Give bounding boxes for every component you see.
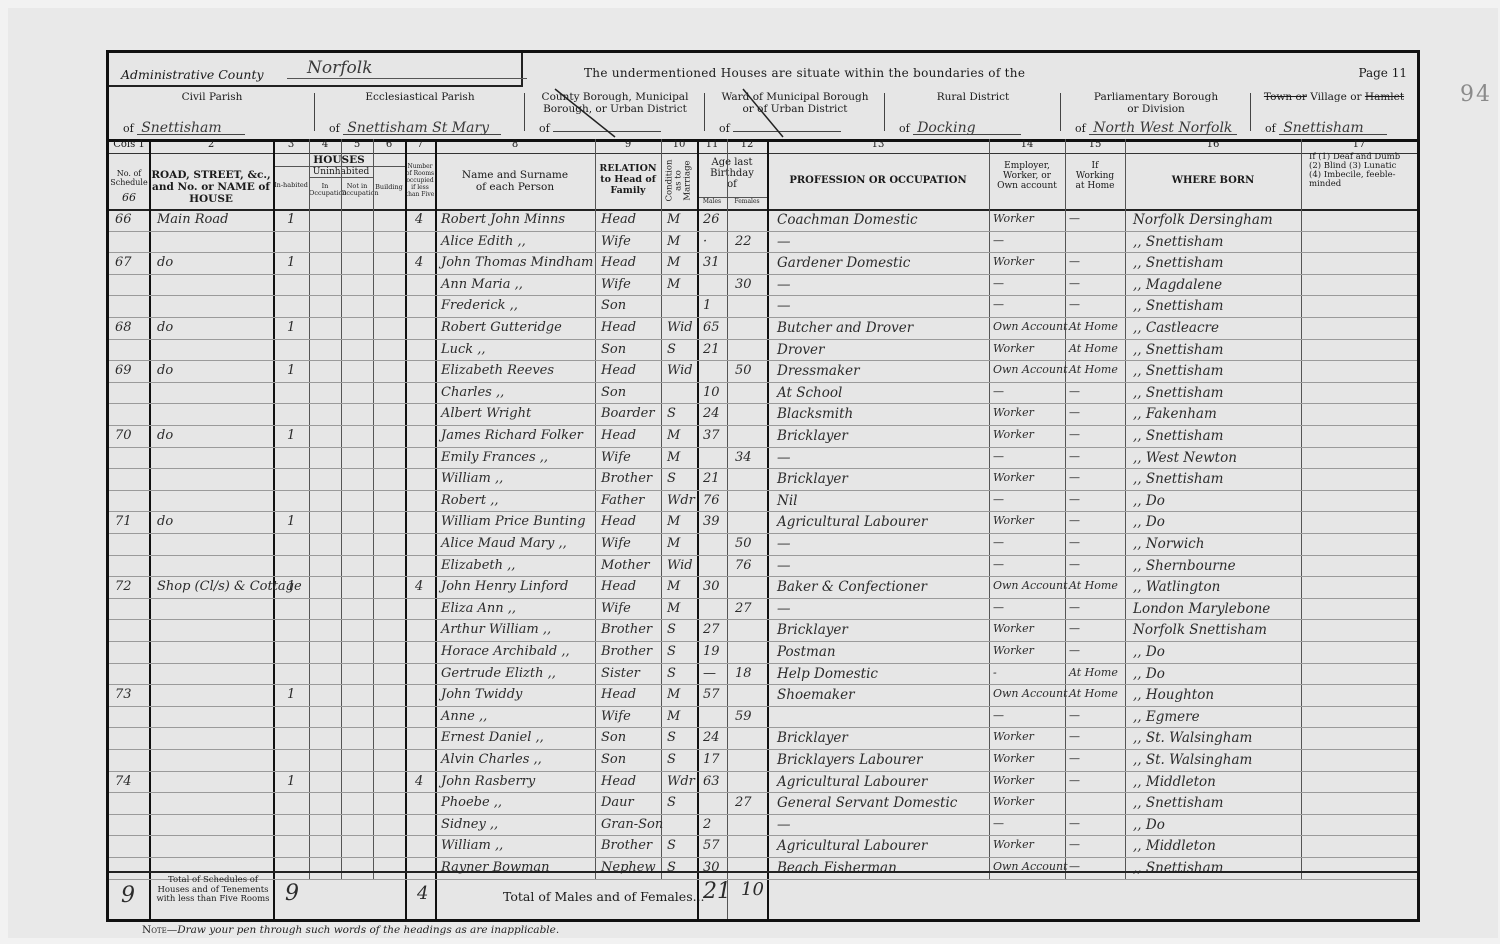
inhabited-count: 1 <box>287 687 295 702</box>
employment-status: Worker <box>993 644 1034 657</box>
table-row: Alvin Charles ,,SonS17Bricklayers Labour… <box>109 749 1417 772</box>
person-name: Robert John Minns <box>441 212 565 227</box>
person-name: James Richard Folker <box>441 428 583 443</box>
header-schedule-carry: 66 <box>109 191 149 204</box>
schedule-number: 71 <box>115 514 132 529</box>
occupation: Bricklayers Labourer <box>777 752 922 768</box>
marital-condition: M <box>667 514 680 529</box>
occupation: Shoemaker <box>777 687 855 703</box>
birthplace: ,, Houghton <box>1133 687 1214 703</box>
boundaries-text: The undermentioned Houses are situate wi… <box>584 66 1025 80</box>
schedule-number: 69 <box>115 363 132 378</box>
relation: Head <box>601 514 636 529</box>
marital-condition: M <box>667 255 680 270</box>
employment-status: Own Account <box>993 320 1068 333</box>
person-name: Frederick ,, <box>441 298 518 313</box>
table-row: Robert ,,FatherWdr76Nil——,, Do <box>109 490 1417 513</box>
table-row: 71do1William Price BuntingHeadM39Agricul… <box>109 511 1417 534</box>
birthplace: Norfolk Snettisham <box>1133 622 1267 638</box>
age-male: 39 <box>703 514 720 529</box>
birthplace: ,, Do <box>1133 514 1165 530</box>
totals-row: 9 Total of Schedules of Houses and of Te… <box>109 871 1417 919</box>
table-row: Gertrude Elizth ,,SisterS—18Help Domesti… <box>109 663 1417 686</box>
marital-condition: S <box>667 838 676 853</box>
birthplace: ,, St. Walsingham <box>1133 730 1252 746</box>
folio-number: 94 <box>1460 82 1492 107</box>
rooms-count: 4 <box>415 212 423 227</box>
employment-status: — <box>993 234 1004 247</box>
table-row: 66Main Road14Robert John MinnsHeadM26Coa… <box>109 209 1417 232</box>
occupation: — <box>777 601 791 617</box>
age-male: 24 <box>703 730 720 745</box>
birthplace: ,, St. Walsingham <box>1133 752 1252 768</box>
header-not-in-occupation: Not in Occupation <box>341 183 373 197</box>
relation: Head <box>601 428 636 443</box>
table-row: 731John TwiddyHeadM57ShoemakerOwn Accoun… <box>109 684 1417 707</box>
birthplace: ,, West Newton <box>1133 450 1237 466</box>
table-row: Luck ,,SonS21DroverWorkerAt Home,, Snett… <box>109 339 1417 362</box>
person-name: Charles ,, <box>441 385 504 400</box>
column-numbers: Cols 1 2 3 4 5 6 7 8 9 10 11 12 13 14 15… <box>109 139 1417 154</box>
person-name: William ,, <box>441 838 503 853</box>
employment-status: — <box>993 536 1004 549</box>
occupation: At School <box>777 385 842 401</box>
person-name: Alice Edith ,, <box>441 234 526 249</box>
working-at-home: — <box>1069 558 1080 571</box>
employment-status: — <box>993 817 1004 830</box>
road-name: Shop (Cl/s) & Cottage <box>157 579 302 594</box>
employment-status: Worker <box>993 752 1034 765</box>
road-name: Main Road <box>157 212 228 227</box>
relation: Boarder <box>601 406 655 421</box>
birthplace: ,, Shernbourne <box>1133 558 1236 574</box>
schedule-number: 70 <box>115 428 132 443</box>
person-name: Sidney ,, <box>441 817 498 832</box>
header-age: Age last Birthday of <box>697 157 767 190</box>
age-male: 27 <box>703 622 720 637</box>
person-name: William ,, <box>441 471 503 486</box>
relation: Brother <box>601 622 652 637</box>
marital-condition: Wid <box>667 363 693 378</box>
road-name: do <box>157 363 173 378</box>
column-headers: No. of Schedule 66 ROAD, STREET, &c., an… <box>109 153 1417 211</box>
age-male: 10 <box>703 385 720 400</box>
age-female: 59 <box>735 709 752 724</box>
occupation: Bricklayer <box>777 471 848 487</box>
table-row: Arthur William ,,BrotherS27BricklayerWor… <box>109 619 1417 642</box>
table-row: Alice Edith ,,WifeM·22——,, Snettisham <box>109 231 1417 254</box>
header-inhabited: In-habited <box>273 181 309 190</box>
relation: Head <box>601 687 636 702</box>
age-male: 76 <box>703 493 720 508</box>
table-row: Emily Frances ,,WifeM34———,, West Newton <box>109 447 1417 470</box>
marital-condition: S <box>667 622 676 637</box>
employment-status: Worker <box>993 471 1034 484</box>
birthplace: ,, Snettisham <box>1133 255 1223 271</box>
relation: Brother <box>601 838 652 853</box>
birthplace: ,, Magdalene <box>1133 277 1222 293</box>
person-name: Anne ,, <box>441 709 487 724</box>
employment-status: Worker <box>993 514 1034 527</box>
district-civil-parish: Civil Parish of Snettisham <box>109 87 315 139</box>
working-at-home: — <box>1069 730 1080 743</box>
employment-status: Worker <box>993 795 1034 808</box>
occupation: Agricultural Labourer <box>777 774 927 790</box>
header-males: Males <box>697 197 727 205</box>
marital-condition: M <box>667 212 680 227</box>
working-at-home: At Home <box>1069 687 1118 700</box>
birthplace: Norfolk Dersingham <box>1133 212 1273 228</box>
occupation: Postman <box>777 644 836 660</box>
road-name: do <box>157 514 173 529</box>
birthplace: ,, Do <box>1133 493 1165 509</box>
employment-status: - <box>993 666 997 679</box>
person-name: John Henry Linford <box>441 579 568 594</box>
working-at-home: — <box>1069 601 1080 614</box>
relation: Wife <box>601 450 631 465</box>
table-row: Charles ,,Son10At School——,, Snettisham <box>109 382 1417 405</box>
birthplace: ,, Middleton <box>1133 838 1216 854</box>
employment-status: Worker <box>993 838 1034 851</box>
schedule-number: 68 <box>115 320 132 335</box>
district-ward: Ward of Municipal Borough or of Urban Di… <box>705 87 885 139</box>
header-relation: RELATION to Head of Family <box>595 163 661 196</box>
occupation: — <box>777 298 791 314</box>
age-male: — <box>703 666 716 681</box>
occupation: Drover <box>777 342 824 358</box>
age-female: 18 <box>735 666 752 681</box>
employment-status: — <box>993 558 1004 571</box>
marital-condition: M <box>667 687 680 702</box>
person-name: Elizabeth ,, <box>441 558 515 573</box>
inhabited-count: 1 <box>287 514 295 529</box>
table-row: Anne ,,WifeM59——,, Egmere <box>109 706 1417 729</box>
person-name: Elizabeth Reeves <box>441 363 554 378</box>
relation: Sister <box>601 666 640 681</box>
birthplace: ,, Snettisham <box>1133 234 1223 250</box>
relation: Wife <box>601 277 631 292</box>
marital-condition: S <box>667 795 676 810</box>
working-at-home: — <box>1069 428 1080 441</box>
age-male: 37 <box>703 428 720 443</box>
district-county-borough: County Borough, Municipal Borough, or Ur… <box>525 87 705 139</box>
age-female: 27 <box>735 795 752 810</box>
inhabited-count: 1 <box>287 428 295 443</box>
working-at-home: — <box>1069 752 1080 765</box>
schedule-number: 72 <box>115 579 132 594</box>
occupation: — <box>777 558 791 574</box>
occupation: Bricklayer <box>777 622 848 638</box>
district-rural: Rural District of Docking <box>885 87 1061 139</box>
header-condition: Condition as to Marriage <box>661 153 697 207</box>
person-name: Alice Maud Mary ,, <box>441 536 567 551</box>
table-row: Sidney ,,Gran-Son2———,, Do <box>109 814 1417 837</box>
inhabited-count: 1 <box>287 320 295 335</box>
occupation: Nil <box>777 493 797 509</box>
working-at-home: — <box>1069 406 1080 419</box>
age-female: 50 <box>735 536 752 551</box>
relation: Wife <box>601 601 631 616</box>
marital-condition: S <box>667 644 676 659</box>
occupation: Agricultural Labourer <box>777 514 927 530</box>
employment-status: — <box>993 709 1004 722</box>
working-at-home: — <box>1069 255 1080 268</box>
relation: Father <box>601 493 644 508</box>
working-at-home: At Home <box>1069 363 1118 376</box>
employment-status: Worker <box>993 212 1034 225</box>
marital-condition: S <box>667 406 676 421</box>
occupation: Bricklayer <box>777 730 848 746</box>
age-male: 57 <box>703 687 720 702</box>
marital-condition: S <box>667 730 676 745</box>
road-name: do <box>157 255 173 270</box>
admin-county-box: Administrative County Norfolk <box>109 53 523 87</box>
birthplace: ,, Snettisham <box>1133 342 1223 358</box>
total-males: 21 <box>703 879 731 904</box>
relation: Brother <box>601 471 652 486</box>
occupation: Agricultural Labourer <box>777 838 927 854</box>
working-at-home: — <box>1069 709 1080 722</box>
occupation: Help Domestic <box>777 666 878 682</box>
age-female: 34 <box>735 450 752 465</box>
total-persons-label: Total of Males and of Females... <box>503 889 705 904</box>
person-name: William Price Bunting <box>441 514 586 529</box>
birthplace: ,, Snettisham <box>1133 385 1223 401</box>
relation: Son <box>601 298 626 313</box>
occupation: Blacksmith <box>777 406 853 422</box>
working-at-home: — <box>1069 385 1080 398</box>
table-row: 7414John RasberryHeadWdr63Agricultural L… <box>109 771 1417 794</box>
rooms-count: 4 <box>415 774 423 789</box>
birthplace: ,, Middleton <box>1133 774 1216 790</box>
marital-condition: M <box>667 234 680 249</box>
marital-condition: M <box>667 450 680 465</box>
person-name: John Thomas Mindham <box>441 255 593 270</box>
birthplace: ,, Do <box>1133 817 1165 833</box>
schedule-number: 73 <box>115 687 132 702</box>
header-females: Females <box>727 197 767 205</box>
age-male: 17 <box>703 752 720 767</box>
employment-status: Worker <box>993 406 1034 419</box>
road-name: do <box>157 320 173 335</box>
table-row: William ,,BrotherS21BricklayerWorker—,, … <box>109 468 1417 491</box>
table-row: Alice Maud Mary ,,WifeM50———,, Norwich <box>109 533 1417 556</box>
marital-condition: M <box>667 579 680 594</box>
header-at-home: If Working at Home <box>1065 161 1125 191</box>
census-page: 94 Administrative County Norfolk The und… <box>8 8 1498 938</box>
inhabited-count: 1 <box>287 363 295 378</box>
page-number: Page 11 <box>1358 66 1407 80</box>
inhabited-count: 1 <box>287 212 295 227</box>
relation: Wife <box>601 709 631 724</box>
age-male: 2 <box>703 817 711 832</box>
age-male: 63 <box>703 774 720 789</box>
birthplace: ,, Snettisham <box>1133 471 1223 487</box>
header-infirmity: If (1) Deaf and Dumb (2) Blind (3) Lunat… <box>1301 153 1417 189</box>
total-rooms: 4 <box>417 883 428 904</box>
district-parliamentary: Parliamentary Borough or Division of Nor… <box>1061 87 1251 139</box>
census-form: Administrative County Norfolk The underm… <box>106 50 1420 922</box>
relation: Head <box>601 363 636 378</box>
employment-status: — <box>993 277 1004 290</box>
form-header: Administrative County Norfolk The underm… <box>109 53 1417 87</box>
age-female: 27 <box>735 601 752 616</box>
working-at-home: — <box>1069 514 1080 527</box>
occupation: Bricklayer <box>777 428 848 444</box>
relation: Gran-Son <box>601 817 663 832</box>
birthplace: ,, Snettisham <box>1133 298 1223 314</box>
totals-label: Total of Schedules of Houses and of Tene… <box>153 876 273 905</box>
inhabited-count: 1 <box>287 255 295 270</box>
employment-status: Worker <box>993 774 1034 787</box>
table-row: Horace Archibald ,,BrotherS19PostmanWork… <box>109 641 1417 664</box>
birthplace: ,, Do <box>1133 666 1165 682</box>
header-road: ROAD, STREET, &c., and No. or NAME of HO… <box>149 169 273 205</box>
birthplace: London Marylebone <box>1133 601 1270 617</box>
working-at-home: — <box>1069 838 1080 851</box>
person-name: Gertrude Elizth ,, <box>441 666 556 681</box>
marital-condition: M <box>667 536 680 551</box>
employment-status: Worker <box>993 622 1034 635</box>
person-name: Luck ,, <box>441 342 486 357</box>
person-name: Ann Maria ,, <box>441 277 523 292</box>
birthplace: ,, Snettisham <box>1133 428 1223 444</box>
total-inhabited: 9 <box>285 881 299 906</box>
age-male: 19 <box>703 644 720 659</box>
table-row: William ,,BrotherS57Agricultural Laboure… <box>109 835 1417 858</box>
inhabited-count: 1 <box>287 579 295 594</box>
birthplace: ,, Fakenham <box>1133 406 1217 422</box>
occupation: Gardener Domestic <box>777 255 910 271</box>
working-at-home: — <box>1069 536 1080 549</box>
marital-condition: M <box>667 277 680 292</box>
person-name: Albert Wright <box>441 406 531 421</box>
person-name: Robert Gutteridge <box>441 320 562 335</box>
relation: Head <box>601 774 636 789</box>
occupation: Butcher and Drover <box>777 320 913 336</box>
person-name: Phoebe ,, <box>441 795 502 810</box>
admin-county-label: Administrative County <box>121 67 264 82</box>
employment-status: — <box>993 493 1004 506</box>
table-row: 70do1James Richard FolkerHeadM37Bricklay… <box>109 425 1417 448</box>
rooms-count: 4 <box>415 255 423 270</box>
age-male: 57 <box>703 838 720 853</box>
age-female: 30 <box>735 277 752 292</box>
header-name: Name and Surname of each Person <box>435 169 595 193</box>
marital-condition: S <box>667 342 676 357</box>
table-row: Phoebe ,,DaurS27General Servant Domestic… <box>109 792 1417 815</box>
relation: Head <box>601 579 636 594</box>
employment-status: Worker <box>993 342 1034 355</box>
header-schedule: No. of Schedule <box>109 169 149 187</box>
person-name: Ernest Daniel ,, <box>441 730 544 745</box>
working-at-home: At Home <box>1069 342 1118 355</box>
working-at-home: — <box>1069 644 1080 657</box>
occupation: Baker & Confectioner <box>777 579 927 595</box>
table-row: 67do14John Thomas MindhamHeadM31Gardener… <box>109 252 1417 275</box>
strike-mark-icon <box>735 87 825 139</box>
relation: Son <box>601 752 626 767</box>
marital-condition: Wdr <box>667 774 695 789</box>
birthplace: ,, Do <box>1133 644 1165 660</box>
relation: Head <box>601 320 636 335</box>
working-at-home: — <box>1069 774 1080 787</box>
employment-status: Own Account <box>993 363 1068 376</box>
employment-status: Own Account <box>993 687 1068 700</box>
rooms-count: 4 <box>415 579 423 594</box>
working-at-home: — <box>1069 298 1080 311</box>
age-male: 26 <box>703 212 720 227</box>
occupation: Coachman Domestic <box>777 212 918 228</box>
table-row: 69do1Elizabeth ReevesHeadWid50Dressmaker… <box>109 360 1417 383</box>
working-at-home: At Home <box>1069 666 1118 679</box>
total-females: 10 <box>741 879 764 900</box>
header-building: Building <box>373 183 405 192</box>
road-name: do <box>157 428 173 443</box>
age-male: 1 <box>703 298 711 313</box>
person-name: Horace Archibald ,, <box>441 644 570 659</box>
relation: Son <box>601 342 626 357</box>
age-male: 21 <box>703 342 720 357</box>
employment-status: — <box>993 450 1004 463</box>
table-row: 68do1Robert GutteridgeHeadWid65Butcher a… <box>109 317 1417 340</box>
person-name: John Rasberry <box>441 774 535 789</box>
district-ecclesiastical-parish: Ecclesiastical Parish of Snettisham St M… <box>315 87 525 139</box>
total-schedules: 9 <box>121 883 135 908</box>
occupation: General Servant Domestic <box>777 795 957 811</box>
table-row: Albert WrightBoarderS24BlacksmithWorker—… <box>109 403 1417 426</box>
age-female: 50 <box>735 363 752 378</box>
person-name: John Twiddy <box>441 687 522 702</box>
birthplace: ,, Egmere <box>1133 709 1200 725</box>
schedule-number: 66 <box>115 212 132 227</box>
relation: Son <box>601 385 626 400</box>
header-in-occupation: In Occupation <box>309 183 341 197</box>
employment-status: — <box>993 601 1004 614</box>
marital-condition: Wid <box>667 320 693 335</box>
age-male: 21 <box>703 471 720 486</box>
occupation: — <box>777 450 791 466</box>
table-row: Eliza Ann ,,WifeM27———London Marylebone <box>109 598 1417 621</box>
working-at-home: At Home <box>1069 320 1118 333</box>
age-female: 76 <box>735 558 752 573</box>
working-at-home: — <box>1069 622 1080 635</box>
header-houses: HOUSES <box>273 154 405 167</box>
district-village: Town or Village or Hamlet of Snettisham <box>1251 87 1417 139</box>
table-row: Ernest Daniel ,,SonS24BricklayerWorker—,… <box>109 727 1417 750</box>
person-name: Alvin Charles ,, <box>441 752 542 767</box>
birthplace: ,, Watlington <box>1133 579 1220 595</box>
marital-condition: S <box>667 666 676 681</box>
header-rooms: Number of Rooms occupied if less than Fi… <box>405 163 435 198</box>
working-at-home: — <box>1069 277 1080 290</box>
strike-mark-icon <box>545 87 635 139</box>
relation: Son <box>601 730 626 745</box>
relation: Head <box>601 212 636 227</box>
marital-condition: Wdr <box>667 493 695 508</box>
birthplace: ,, Castleacre <box>1133 320 1219 336</box>
birthplace: ,, Snettisham <box>1133 795 1223 811</box>
marital-condition: M <box>667 601 680 616</box>
employment-status: — <box>993 298 1004 311</box>
person-name: Emily Frances ,, <box>441 450 548 465</box>
employment-status: Worker <box>993 730 1034 743</box>
age-male: 31 <box>703 255 720 270</box>
person-name: Arthur William ,, <box>441 622 551 637</box>
age-male: · <box>703 234 707 249</box>
table-row: Frederick ,,Son1———,, Snettisham <box>109 295 1417 318</box>
header-employer: Employer, Worker, or Own account <box>989 161 1065 191</box>
